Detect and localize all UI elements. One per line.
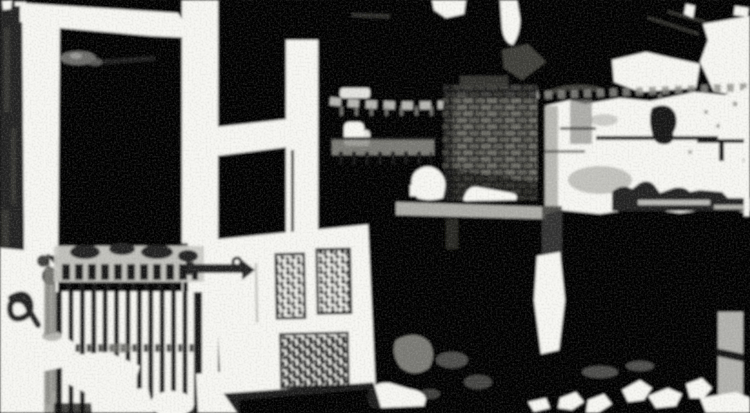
photo-canvas [0, 0, 750, 413]
screenshot-root [0, 0, 750, 413]
film-grain-dark [0, 0, 750, 413]
photo-fire-damaged-kitchen [0, 0, 750, 413]
